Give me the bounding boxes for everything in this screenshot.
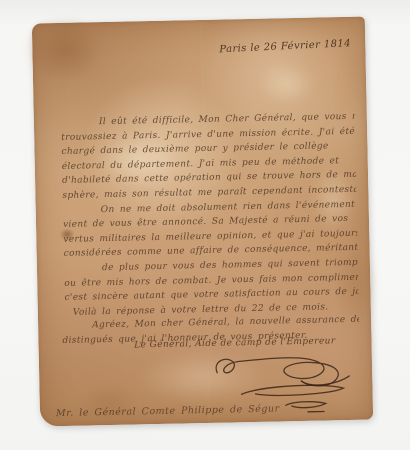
foxing-stain [259,62,316,107]
letter-paper: Paris le 26 Février 1814 Il eût été diff… [32,17,373,427]
dark-stain [24,16,105,84]
date-line: Paris le 26 Février 1814 [220,38,352,55]
letter-body: Il eût été difficile, Mon Cher Général, … [61,110,359,320]
